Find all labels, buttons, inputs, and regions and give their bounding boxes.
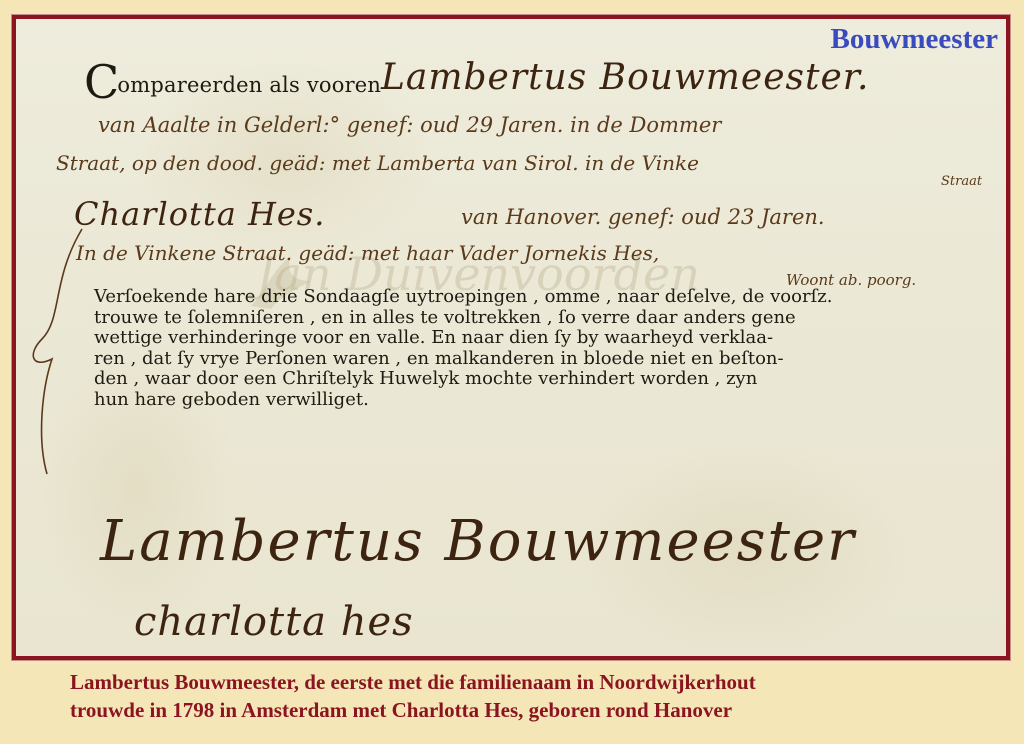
printed-line: ren , dat ſy vrye Perſonen waren , en ma… (94, 349, 854, 370)
handwritten-groom-line2: Straat, op den dood. geäd: met Lamberta … (56, 151, 699, 175)
signature-bride: charlotta hes (134, 599, 414, 645)
signature-groom: Lambertus Bouwmeester (100, 509, 856, 574)
printed-line: trouwe te ſolemniſeren , en in alles te … (94, 308, 854, 329)
printed-line: Verſoekende hare drie Sondaagſe uytroepi… (94, 287, 854, 308)
handwritten-bride-name: Charlotta Hes. (74, 195, 325, 233)
printed-line: wettige verhinderinge voor en valle. En … (94, 328, 854, 349)
caption-line1: Lambertus Bouwmeester, de eerste met die… (70, 668, 756, 696)
intro-text: ompareerden als vooren (117, 73, 381, 97)
handwritten-groom-note: Straat (941, 174, 982, 189)
document-scan: Bouwmeester Jan Duivenvoorden Compareerd… (12, 15, 1010, 660)
caption: Lambertus Bouwmeester, de eerste met die… (70, 668, 756, 724)
bracket-flourish-icon (22, 219, 92, 479)
printed-intro: Compareerden als vooren (84, 55, 381, 109)
printed-line: hun hare geboden verwilliget. (94, 390, 854, 411)
handwritten-bride-line2: In de Vinkene Straat. geäd: met haar Vad… (76, 241, 659, 265)
surname-tag: Bouwmeester (830, 23, 998, 56)
printed-body: Verſoekende hare drie Sondaagſe uytroepi… (94, 287, 854, 410)
handwritten-bride-line1: van Hanover. genef: oud 23 Jaren. (461, 205, 825, 229)
caption-line2: trouwde in 1798 in Amsterdam met Charlot… (70, 696, 756, 724)
drop-cap: C (84, 55, 119, 109)
printed-line: den , waar door een Chriſtelyk Huwelyk m… (94, 369, 854, 390)
handwritten-groom-name: Lambertus Bouwmeester. (381, 57, 869, 98)
handwritten-groom-line1: van Aaalte in Gelderl:° genef: oud 29 Ja… (98, 113, 721, 137)
